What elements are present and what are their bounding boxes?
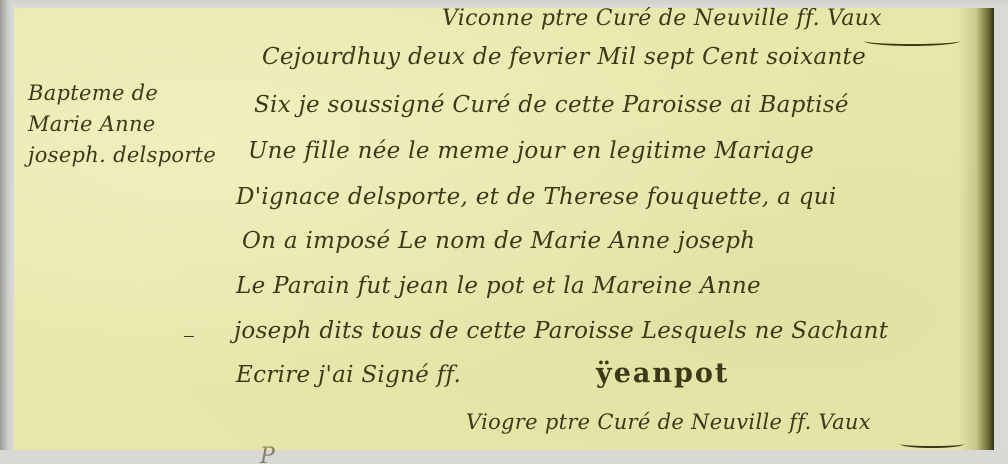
- scan-border-bottom: [0, 450, 1008, 464]
- next-entry-bleed: P: [260, 444, 275, 464]
- signature-flourish-icon: [900, 440, 964, 448]
- margin-dash: [184, 336, 194, 337]
- body-line: Ecrire j'ai Signé ff.: [236, 362, 461, 388]
- godfather-signature: ÿeanpot: [596, 358, 729, 389]
- margin-note-line: joseph. delsporte: [28, 140, 238, 171]
- margin-note-line: Marie Anne: [28, 109, 238, 140]
- body-line: On a imposé Le nom de Marie Anne joseph: [242, 228, 755, 254]
- header-priest-signature: Viconne ptre Curé de Neuville ff. Vaux: [442, 6, 882, 31]
- scan-border-left: [0, 0, 14, 464]
- body-line: Six je soussigné Curé de cette Paroisse …: [254, 92, 849, 118]
- signature-flourish-icon: [864, 36, 960, 46]
- closing-priest-signature: Viogre ptre Curé de Neuville ff. Vaux: [466, 410, 871, 434]
- margin-note-line: Bapteme de: [28, 78, 238, 109]
- body-line: Une fille née le meme jour en legitime M…: [248, 138, 814, 164]
- body-line: Cejourdhuy deux de fevrier Mil sept Cent…: [262, 44, 866, 70]
- body-line: Le Parain fut jean le pot et la Mareine …: [236, 273, 761, 299]
- body-line: D'ignace delsporte, et de Therese fouque…: [236, 184, 837, 210]
- margin-note: Bapteme de Marie Anne joseph. delsporte: [28, 78, 238, 171]
- page-edge-shadow: [958, 8, 994, 450]
- body-line: joseph dits tous de cette Paroisse Lesqu…: [234, 318, 888, 344]
